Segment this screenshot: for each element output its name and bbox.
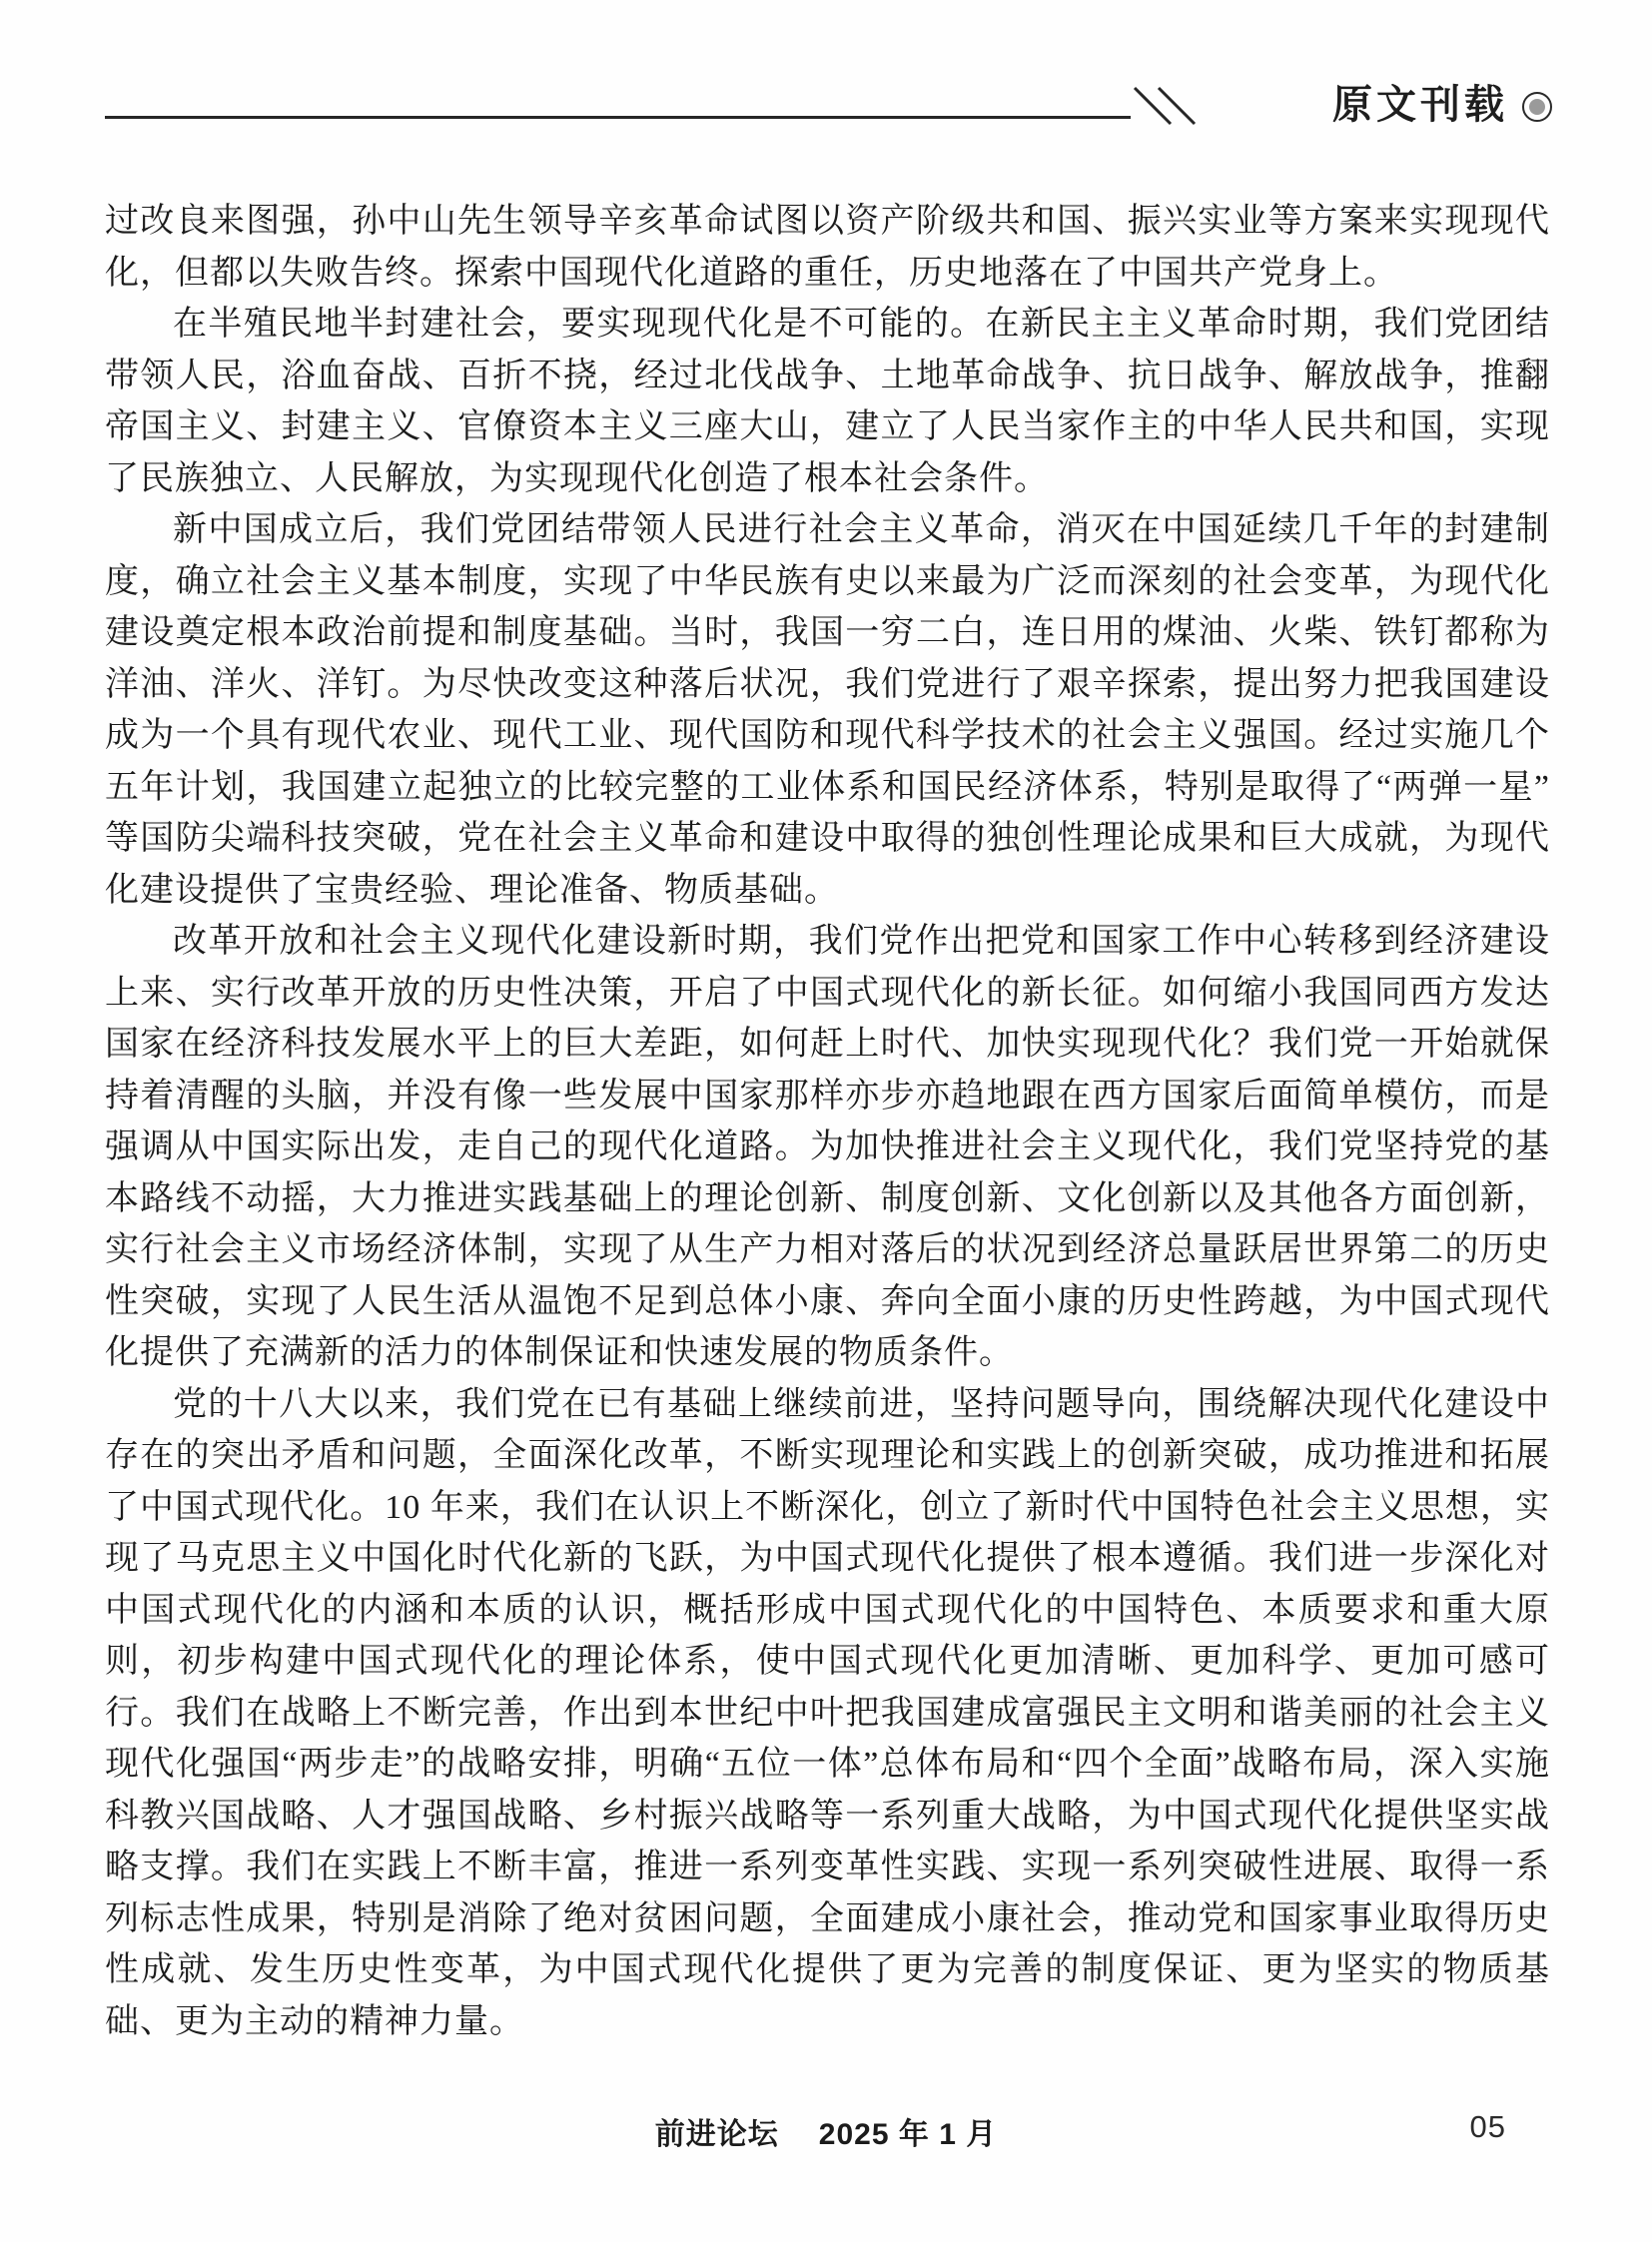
header: 原文刊载 — [105, 84, 1552, 126]
paragraph: 在半殖民地半封建社会，要实现现代化是不可能的。在新民主主义革命时期，我们党团结带… — [105, 299, 1550, 504]
footer: 前进论坛2025 年 1 月 — [0, 2109, 1652, 2153]
footer-issue-date: 2025 年 1 月 — [819, 2118, 997, 2151]
dot-circle-icon — [1522, 92, 1552, 122]
header-slash-icon — [1131, 86, 1215, 126]
paragraph: 改革开放和社会主义现代化建设新时期，我们党作出把党和国家工作中心转移到经济建设上… — [105, 916, 1550, 1379]
footer-journal-name: 前进论坛 — [655, 2118, 779, 2151]
magazine-page: 原文刊载 过改良来图强，孙中山先生领导辛亥革命试图以资产阶级共和国、振兴实业等方… — [0, 0, 1652, 2242]
section-title: 原文刊载 — [1332, 84, 1508, 126]
page-number: 05 — [1470, 2109, 1506, 2145]
header-rule — [105, 116, 1131, 119]
paragraph: 过改良来图强，孙中山先生领导辛亥革命试图以资产阶级共和国、振兴实业等方案来实现现… — [105, 196, 1550, 299]
article-body: 过改良来图强，孙中山先生领导辛亥革命试图以资产阶级共和国、振兴实业等方案来实现现… — [105, 196, 1550, 2047]
paragraph: 党的十八大以来，我们党在已有基础上继续前进，坚持问题导向，围绕解决现代化建设中存… — [105, 1379, 1550, 2048]
paragraph: 新中国成立后，我们党团结带领人民进行社会主义革命，消灭在中国延续几千年的封建制度… — [105, 504, 1550, 916]
dot-circle-inner — [1529, 99, 1545, 115]
